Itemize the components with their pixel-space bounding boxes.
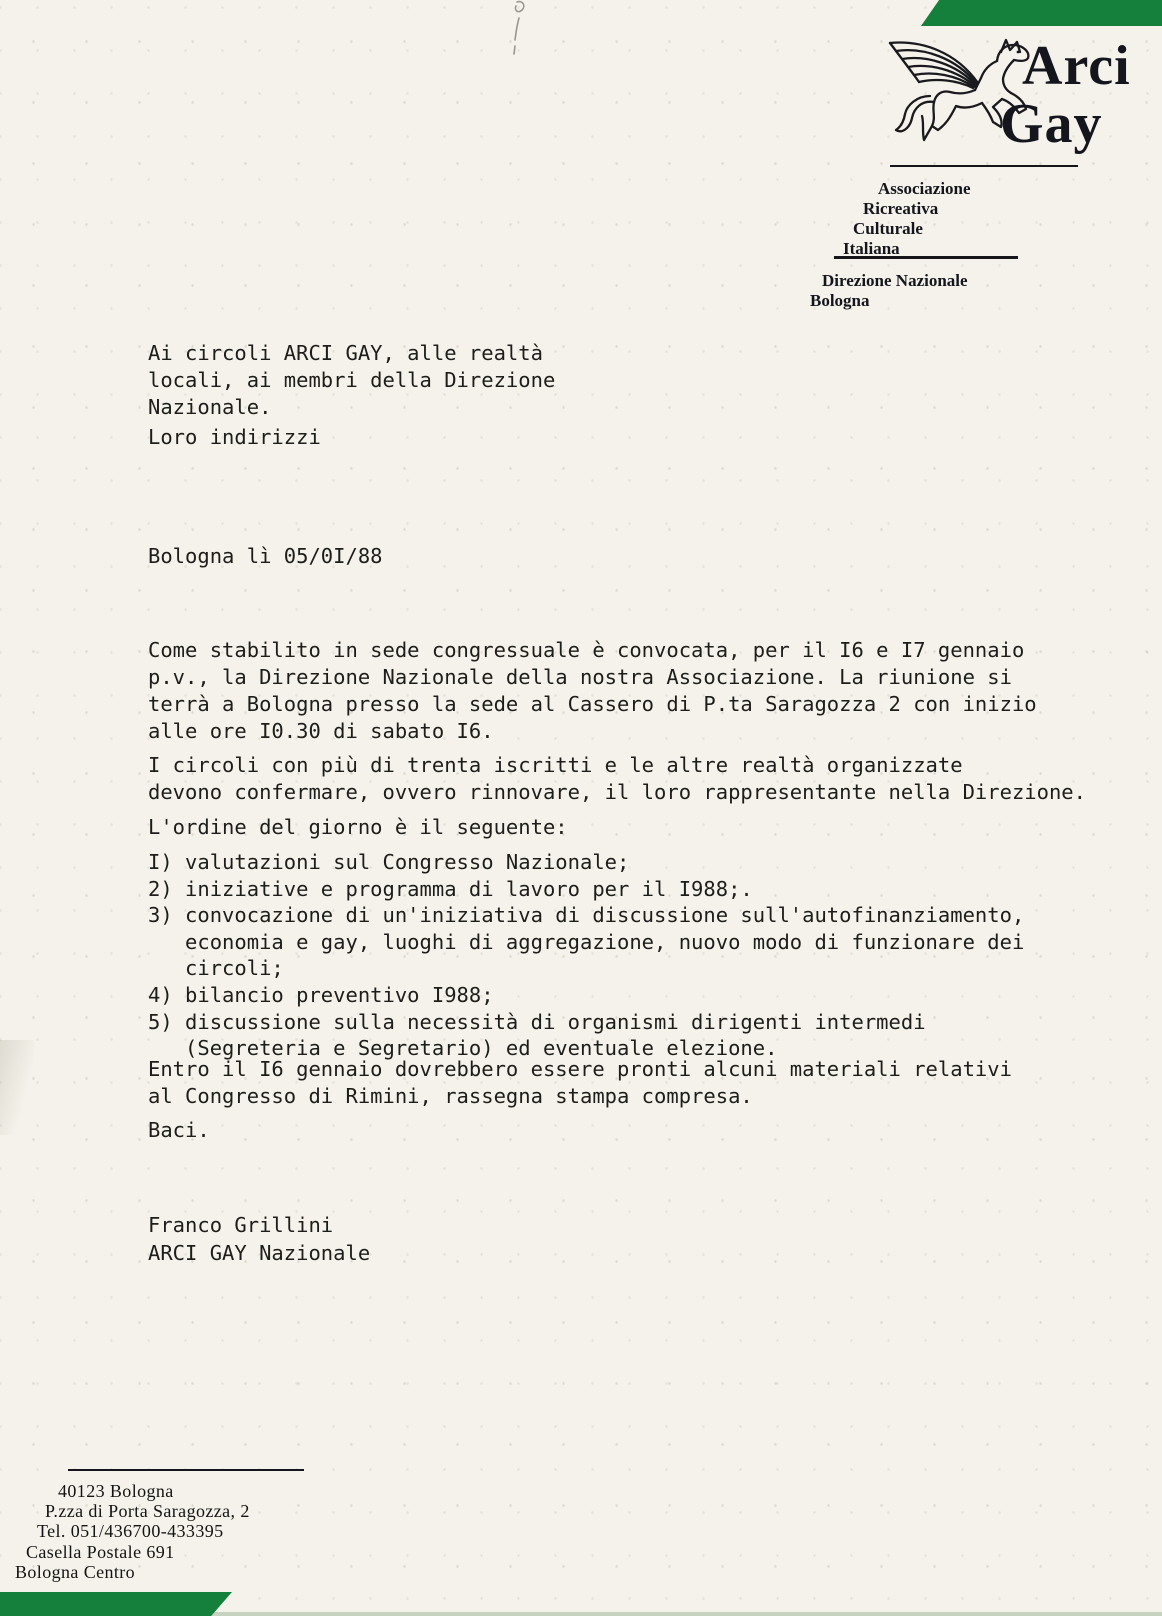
staple-mark bbox=[503, 0, 543, 58]
brand-name-line1: Arci bbox=[1022, 38, 1131, 94]
paper-crease bbox=[0, 1040, 34, 1135]
footer-po-box: Casella Postale 691 bbox=[26, 1543, 175, 1561]
recipient-addresses: Loro indirizzi bbox=[148, 424, 321, 451]
brand-name-line2: Gay bbox=[1000, 96, 1103, 152]
footer-street: P.zza di Porta Saragozza, 2 bbox=[45, 1502, 250, 1520]
association-line: Associazione bbox=[878, 180, 971, 197]
agenda-list: I) valutazioni sul Congresso Nazionale; … bbox=[148, 849, 1024, 1062]
association-line: Italiana bbox=[843, 240, 900, 257]
scanned-letter-page: { "page": { "paper_color": "#f4f2ea", "a… bbox=[0, 0, 1162, 1616]
division-name: Direzione Nazionale bbox=[822, 272, 968, 289]
body-paragraph-2: I circoli con più di trenta iscritti e l… bbox=[148, 752, 1086, 806]
dateline: Bologna lì 05/0I/88 bbox=[148, 543, 383, 570]
closing-paragraph: Entro il I6 gennaio dovrebbero essere pr… bbox=[148, 1056, 1012, 1110]
valediction: Baci. bbox=[148, 1117, 210, 1144]
green-corner-top-right bbox=[921, 0, 1162, 26]
signature-block: Franco Grillini ARCI GAY Nazionale bbox=[148, 1211, 370, 1267]
letterhead-divider-bottom bbox=[834, 256, 1018, 259]
association-line: Culturale bbox=[853, 220, 923, 237]
footer-postal-city: 40123 Bologna bbox=[58, 1482, 174, 1500]
recipient-block: Ai circoli ARCI GAY, alle realtà locali,… bbox=[148, 340, 555, 421]
division-city: Bologna bbox=[810, 292, 870, 309]
green-corner-bottom-left bbox=[0, 1592, 232, 1616]
signature-org: ARCI GAY Nazionale bbox=[148, 1241, 370, 1265]
body-paragraph-1: Come stabilito in sede congressuale è co… bbox=[148, 637, 1037, 745]
agenda-intro: L'ordine del giorno è il seguente: bbox=[148, 814, 568, 841]
association-line: Ricreativa bbox=[863, 200, 938, 217]
paper-texture bbox=[0, 0, 1162, 1616]
signature-name: Franco Grillini bbox=[148, 1213, 333, 1237]
footer-divider bbox=[68, 1469, 304, 1471]
letterhead-divider-top bbox=[890, 165, 1078, 167]
footer-phone: Tel. 051/436700-433395 bbox=[37, 1522, 224, 1540]
footer-district: Bologna Centro bbox=[15, 1563, 135, 1581]
